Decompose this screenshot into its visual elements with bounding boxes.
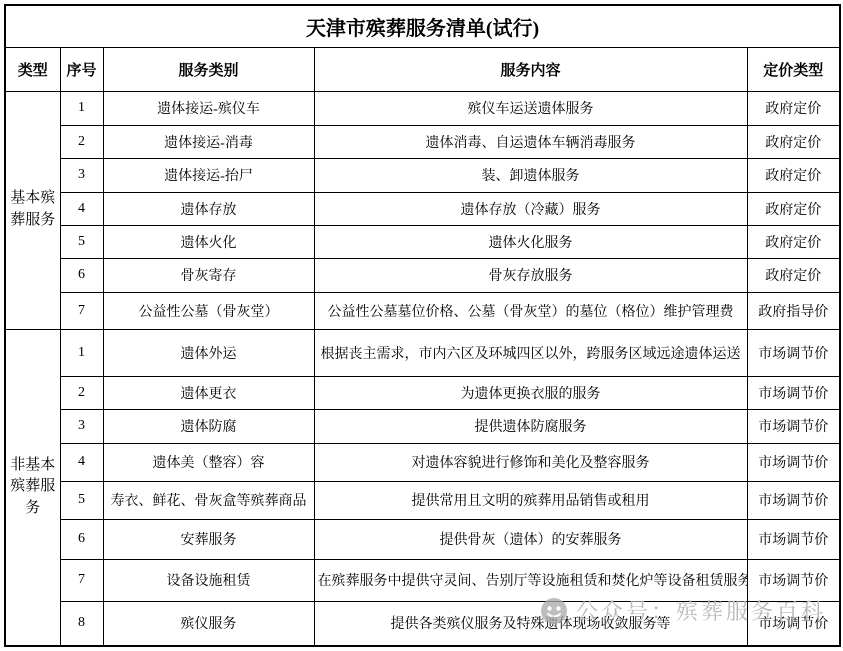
- funeral-service-table: 天津市殡葬服务清单(试行) 类型 序号 服务类别 服务内容 定价类型 基本殡 葬…: [4, 4, 841, 647]
- service-content: 对遗体容貌进行修饰和美化及整容服务: [314, 443, 747, 481]
- service-content: 提供遗体防腐服务: [314, 409, 747, 443]
- service-category: 安葬服务: [103, 519, 314, 559]
- section-basic-label: 基本殡 葬服务: [5, 91, 60, 329]
- row-index: 8: [60, 601, 103, 646]
- table-row: 4 遗体美（整容）容 对遗体容貌进行修饰和美化及整容服务 市场调节价: [5, 443, 840, 481]
- service-category: 遗体外运: [103, 329, 314, 376]
- table-row: 6 安葬服务 提供骨灰（遗体）的安葬服务 市场调节价: [5, 519, 840, 559]
- pricing-type: 市场调节价: [747, 559, 840, 601]
- row-index: 5: [60, 225, 103, 258]
- pricing-type: 政府定价: [747, 258, 840, 292]
- service-category: 公益性公墓（骨灰堂）: [103, 292, 314, 329]
- service-content: 提供各类殡仪服务及特殊遗体现场收敛服务等: [314, 601, 747, 646]
- service-content: 遗体火化服务: [314, 225, 747, 258]
- pricing-type: 政府定价: [747, 158, 840, 192]
- service-category: 设备设施租赁: [103, 559, 314, 601]
- service-category: 寿衣、鲜花、骨灰盒等殡葬商品: [103, 481, 314, 519]
- col-header-pricing: 定价类型: [747, 47, 840, 91]
- row-index: 1: [60, 329, 103, 376]
- table-row: 非基本 殡葬服 务 1 遗体外运 根据丧主需求，市内六区及环城四区以外，跨服务区…: [5, 329, 840, 376]
- row-index: 7: [60, 292, 103, 329]
- pricing-type: 市场调节价: [747, 376, 840, 409]
- pricing-type: 市场调节价: [747, 481, 840, 519]
- service-content: 为遗体更换衣服的服务: [314, 376, 747, 409]
- table-row: 4 遗体存放 遗体存放（冷藏）服务 政府定价: [5, 192, 840, 225]
- row-index: 2: [60, 376, 103, 409]
- title-row: 天津市殡葬服务清单(试行): [5, 5, 840, 47]
- table-row: 2 遗体更衣 为遗体更换衣服的服务 市场调节价: [5, 376, 840, 409]
- service-category: 遗体防腐: [103, 409, 314, 443]
- service-category: 遗体火化: [103, 225, 314, 258]
- service-content: 装、卸遗体服务: [314, 158, 747, 192]
- row-index: 2: [60, 125, 103, 158]
- page: 天津市殡葬服务清单(试行) 类型 序号 服务类别 服务内容 定价类型 基本殡 葬…: [0, 0, 843, 651]
- table-row: 7 公益性公墓（骨灰堂） 公益性公墓墓位价格、公墓（骨灰堂）的墓位（格位）维护管…: [5, 292, 840, 329]
- col-header-type: 类型: [5, 47, 60, 91]
- service-category: 遗体接运-抬尸: [103, 158, 314, 192]
- table-row: 3 遗体接运-抬尸 装、卸遗体服务 政府定价: [5, 158, 840, 192]
- table-row: 8 殡仪服务 提供各类殡仪服务及特殊遗体现场收敛服务等 市场调节价: [5, 601, 840, 646]
- service-content: 遗体消毒、自运遗体车辆消毒服务: [314, 125, 747, 158]
- table-title: 天津市殡葬服务清单(试行): [5, 5, 840, 47]
- pricing-type: 市场调节价: [747, 443, 840, 481]
- row-index: 6: [60, 258, 103, 292]
- pricing-type: 政府定价: [747, 125, 840, 158]
- row-index: 7: [60, 559, 103, 601]
- service-content: 殡仪车运送遗体服务: [314, 91, 747, 125]
- pricing-type: 政府指导价: [747, 292, 840, 329]
- pricing-type: 市场调节价: [747, 329, 840, 376]
- pricing-type: 政府定价: [747, 225, 840, 258]
- service-category: 遗体存放: [103, 192, 314, 225]
- table-row: 5 遗体火化 遗体火化服务 政府定价: [5, 225, 840, 258]
- row-index: 3: [60, 409, 103, 443]
- service-content: 提供常用且文明的殡葬用品销售或租用: [314, 481, 747, 519]
- service-category: 殡仪服务: [103, 601, 314, 646]
- service-content: 骨灰存放服务: [314, 258, 747, 292]
- col-header-category: 服务类别: [103, 47, 314, 91]
- pricing-type: 市场调节价: [747, 519, 840, 559]
- col-header-index: 序号: [60, 47, 103, 91]
- section-nonbasic-label: 非基本 殡葬服 务: [5, 329, 60, 646]
- service-content: 根据丧主需求，市内六区及环城四区以外，跨服务区域远途遗体运送: [314, 329, 747, 376]
- row-index: 3: [60, 158, 103, 192]
- row-index: 5: [60, 481, 103, 519]
- table-row: 6 骨灰寄存 骨灰存放服务 政府定价: [5, 258, 840, 292]
- service-category: 遗体更衣: [103, 376, 314, 409]
- service-content: 遗体存放（冷藏）服务: [314, 192, 747, 225]
- table-row: 2 遗体接运-消毒 遗体消毒、自运遗体车辆消毒服务 政府定价: [5, 125, 840, 158]
- service-content: 公益性公墓墓位价格、公墓（骨灰堂）的墓位（格位）维护管理费: [314, 292, 747, 329]
- service-category: 遗体接运-殡仪车: [103, 91, 314, 125]
- table-row: 7 设备设施租赁 在殡葬服务中提供守灵间、告别厅等设施租赁和焚化炉等设备租赁服务…: [5, 559, 840, 601]
- pricing-type: 市场调节价: [747, 601, 840, 646]
- pricing-type: 政府定价: [747, 192, 840, 225]
- table-row: 5 寿衣、鲜花、骨灰盒等殡葬商品 提供常用且文明的殡葬用品销售或租用 市场调节价: [5, 481, 840, 519]
- table-row: 基本殡 葬服务 1 遗体接运-殡仪车 殡仪车运送遗体服务 政府定价: [5, 91, 840, 125]
- row-index: 4: [60, 443, 103, 481]
- header-row: 类型 序号 服务类别 服务内容 定价类型: [5, 47, 840, 91]
- col-header-content: 服务内容: [314, 47, 747, 91]
- table-row: 3 遗体防腐 提供遗体防腐服务 市场调节价: [5, 409, 840, 443]
- row-index: 6: [60, 519, 103, 559]
- row-index: 4: [60, 192, 103, 225]
- pricing-type: 政府定价: [747, 91, 840, 125]
- service-content: 在殡葬服务中提供守灵间、告别厅等设施租赁和焚化炉等设备租赁服务: [314, 559, 747, 601]
- service-category: 骨灰寄存: [103, 258, 314, 292]
- service-category: 遗体美（整容）容: [103, 443, 314, 481]
- service-category: 遗体接运-消毒: [103, 125, 314, 158]
- pricing-type: 市场调节价: [747, 409, 840, 443]
- service-content: 提供骨灰（遗体）的安葬服务: [314, 519, 747, 559]
- row-index: 1: [60, 91, 103, 125]
